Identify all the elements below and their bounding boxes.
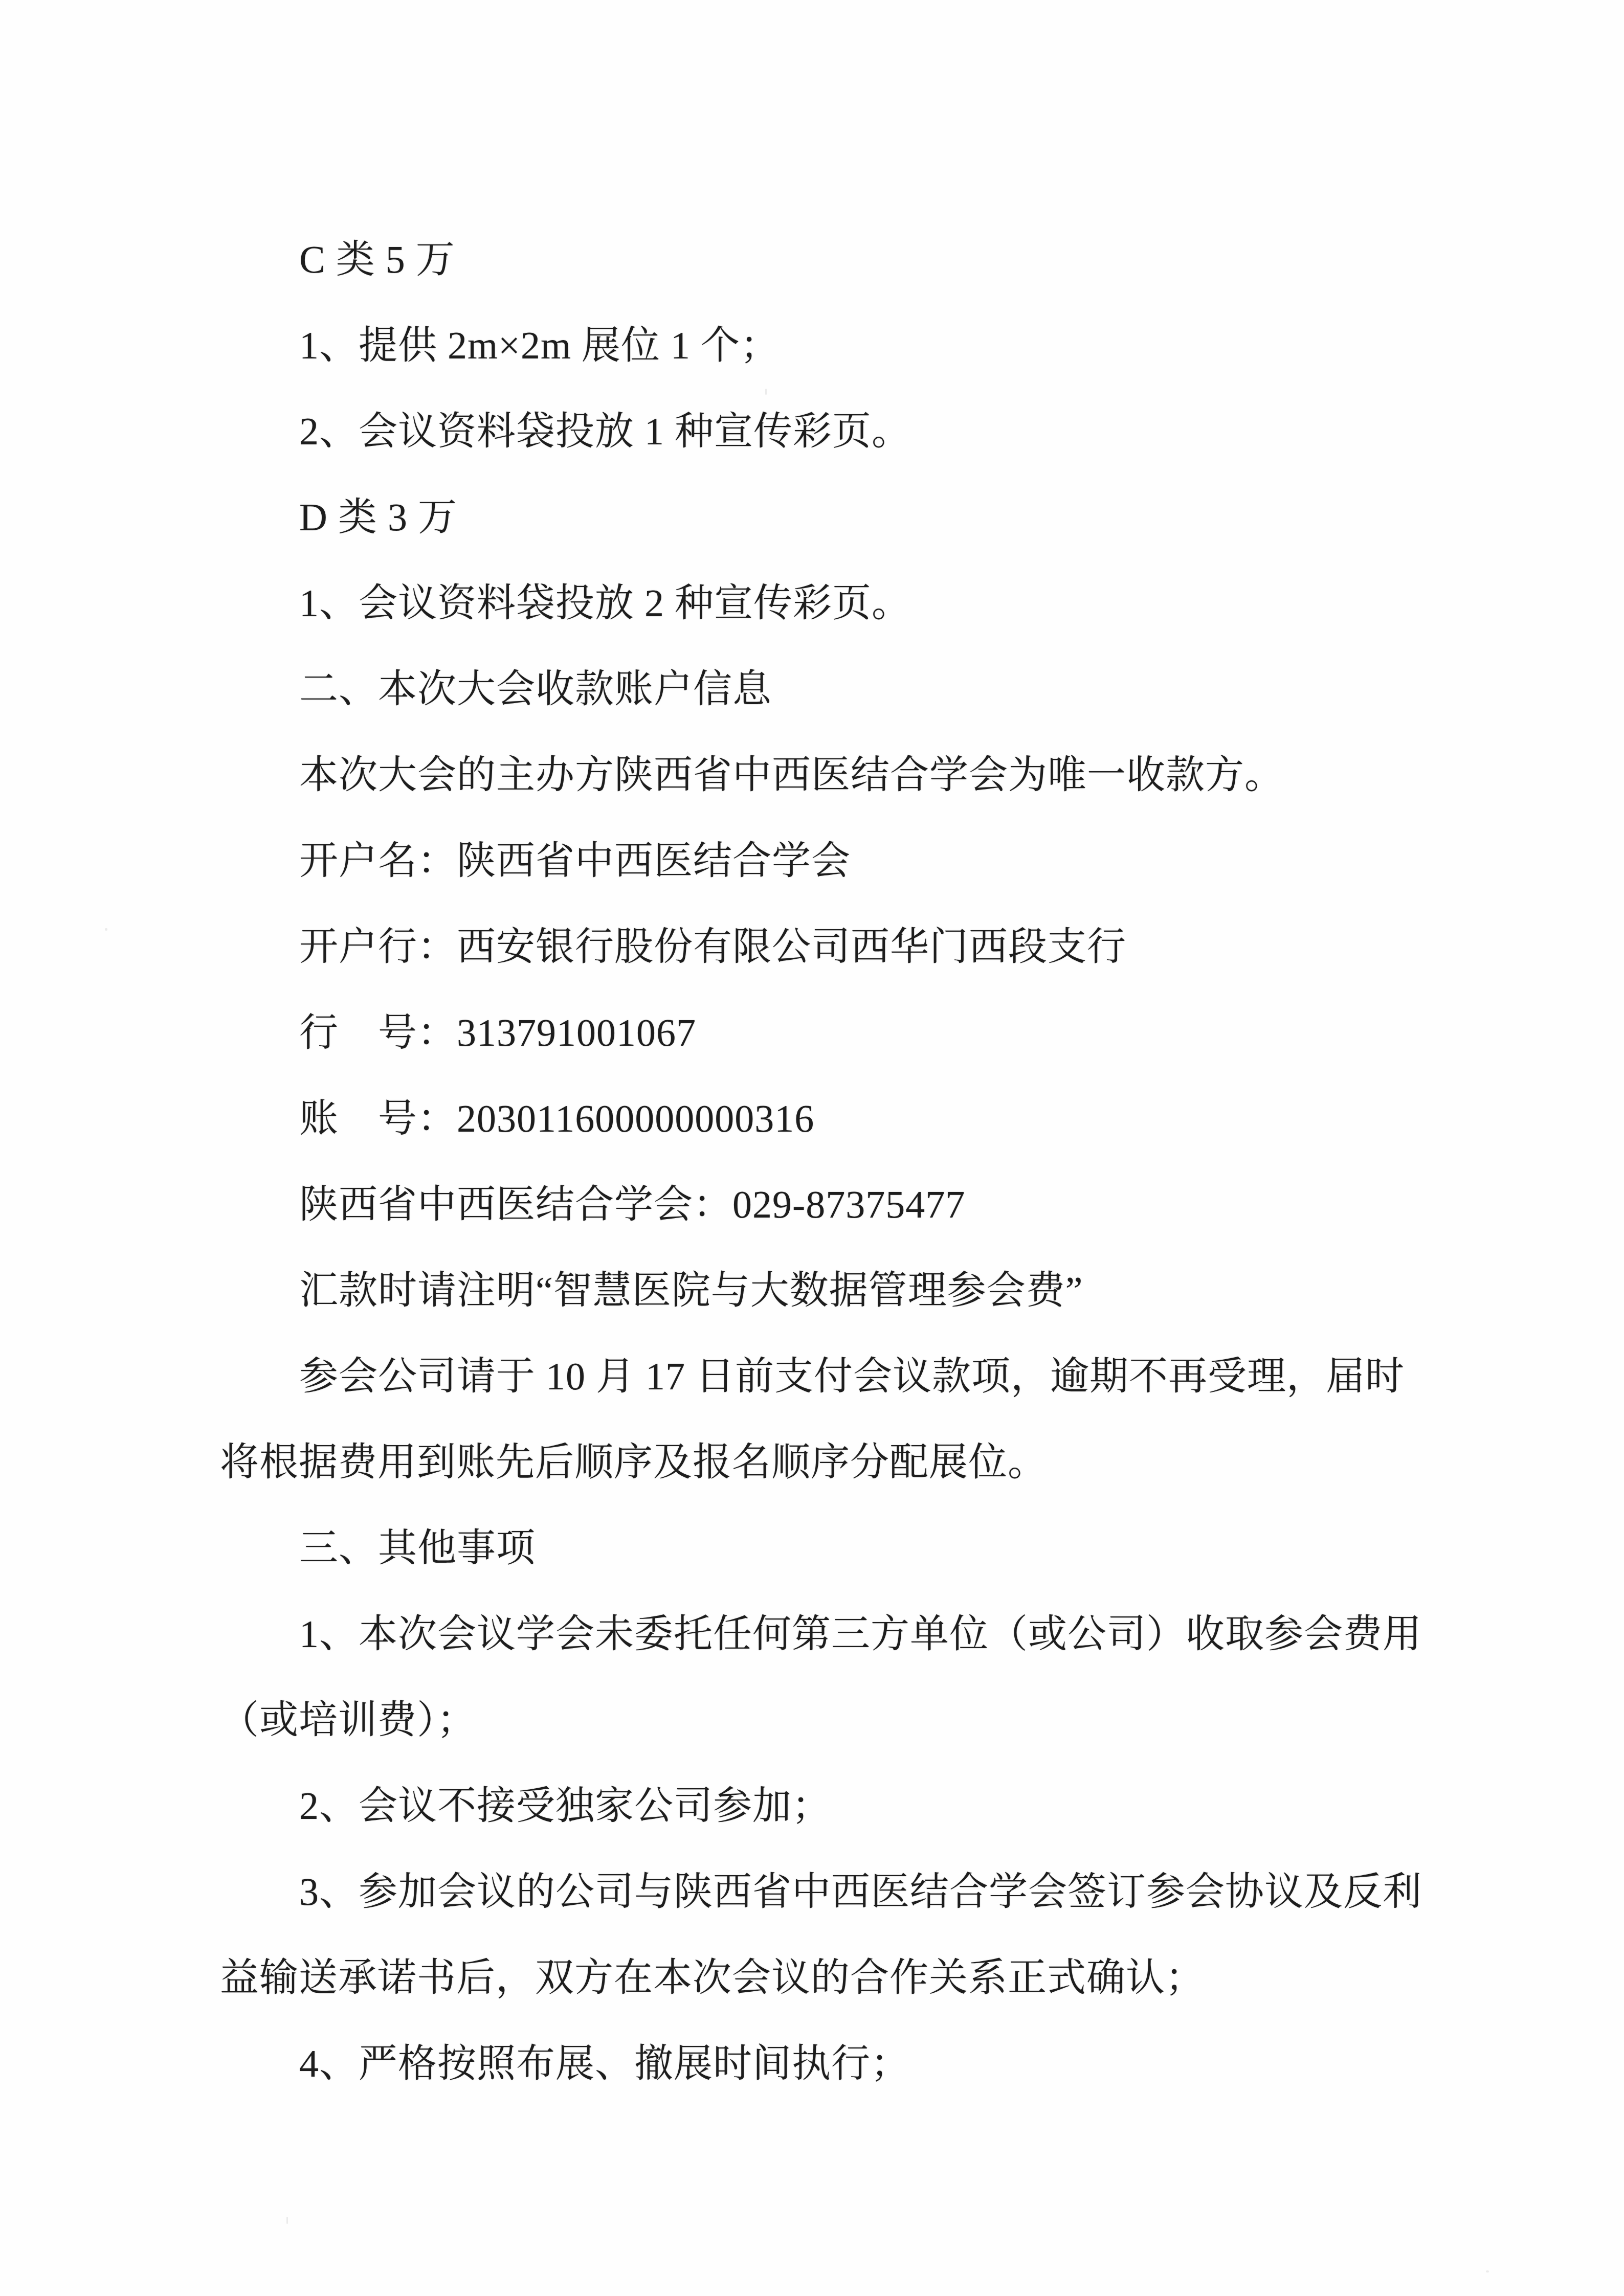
document-line-5: 1、会议资料袋投放 2 种宣传彩页。 — [220, 560, 1412, 646]
document-line-3: 2、会议资料袋投放 1 种宣传彩页。 — [220, 389, 1412, 475]
document-page: C 类 5 万1、提供 2m×2m 展位 1 个；2、会议资料袋投放 1 种宣传… — [0, 0, 1624, 2296]
document-line-15: 将根据费用到账先后顺序及报名顺序分配展位。 — [220, 1420, 1412, 1505]
scan-artifact — [765, 389, 767, 395]
scan-artifact — [1486, 2270, 1489, 2272]
scan-artifact — [105, 928, 107, 931]
document-line-1: C 类 5 万 — [220, 217, 1412, 303]
document-text-block: C 类 5 万1、提供 2m×2m 展位 1 个；2、会议资料袋投放 1 种宣传… — [220, 217, 1412, 2107]
document-line-9: 开户行：西安银行股份有限公司西华门西段支行 — [220, 904, 1412, 990]
document-line-20: 3、参加会议的公司与陕西省中西医结合学会签订参会协议及反利 — [220, 1849, 1412, 1935]
document-line-13: 汇款时请注明“智慧医院与大数据管理参会费” — [220, 1248, 1412, 1334]
document-line-19: 2、会议不接受独家公司参加； — [220, 1763, 1412, 1849]
document-line-18: （或培训费）； — [220, 1677, 1412, 1763]
scan-artifact — [286, 2217, 288, 2224]
document-line-21: 益输送承诺书后，双方在本次会议的合作关系正式确认； — [220, 1935, 1412, 2021]
document-line-14: 参会公司请于 10 月 17 日前支付会议款项，逾期不再受理，届时 — [220, 1334, 1412, 1420]
document-line-11: 账 号：203011600000000316 — [220, 1076, 1412, 1162]
document-line-16: 三、其他事项 — [220, 1505, 1412, 1591]
document-line-7: 本次大会的主办方陕西省中西医结合学会为唯一收款方。 — [220, 732, 1412, 818]
document-line-8: 开户名：陕西省中西医结合学会 — [220, 818, 1412, 904]
document-line-12: 陕西省中西医结合学会：029-87375477 — [220, 1162, 1412, 1248]
document-line-4: D 类 3 万 — [220, 475, 1412, 560]
document-line-22: 4、严格按照布展、撤展时间执行； — [220, 2021, 1412, 2107]
document-line-2: 1、提供 2m×2m 展位 1 个； — [220, 303, 1412, 389]
document-line-10: 行 号：313791001067 — [220, 990, 1412, 1076]
document-line-6: 二、本次大会收款账户信息 — [220, 646, 1412, 732]
document-line-17: 1、本次会议学会未委托任何第三方单位（或公司）收取参会费用 — [220, 1591, 1412, 1677]
